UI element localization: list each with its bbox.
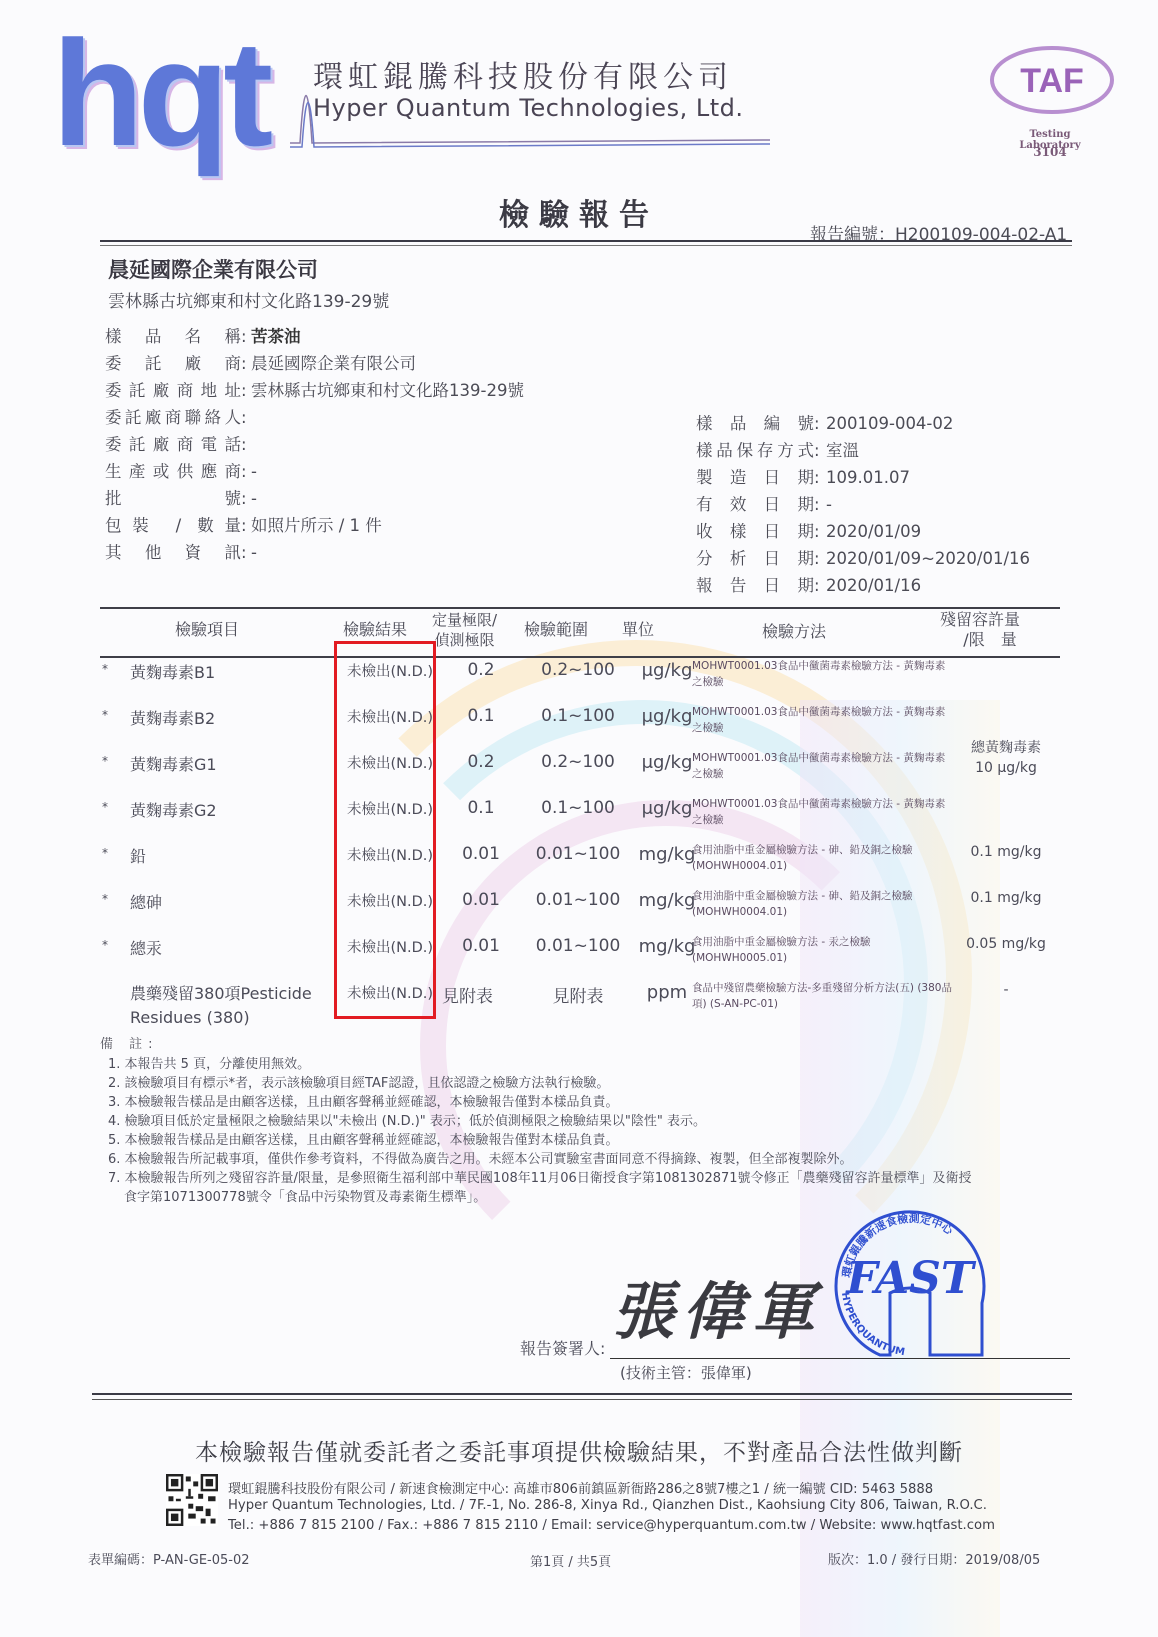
test-range: 0.2~100 [518,660,638,680]
sample-info-row: 樣品名稱:苦茶油 [105,323,301,347]
colon: : [241,327,251,346]
sample-info-label: 批號 [105,485,241,509]
sample-info-value: 苦茶油 [251,327,301,346]
colon: : [814,495,826,514]
test-method: 食用油脂中重金屬檢驗方法 - 砷、鉛及銅之檢驗 (MOHWH0004.01) [692,842,952,874]
sample-info-label: 委託廠商電話 [105,431,241,455]
taf-accredited-mark: * [102,846,108,860]
taf-accredited-mark: * [102,708,108,722]
note-item: 4. 檢驗項目低於定量極限之檢驗結果以"未檢出 (N.D.)" 表示；低於偵測極… [108,1110,706,1129]
test-limit: 0.2 [440,660,522,680]
fast-lab-stamp-icon: 環虹錕騰新速食檢測定中心 FAST HYPERQUANTUM [820,1183,1000,1363]
aflatoxin-total-mrl: 總黃麴毒素 10 μg/kg [952,738,1060,778]
taf-accredited-mark: * [102,800,108,814]
footer-address-en: Hyper Quantum Technologies, Ltd. / 7F.-1… [228,1498,987,1513]
sample-info-label: 報告日期 [696,572,814,596]
sample-info-row: 收樣日期:2020/01/09 [696,518,921,542]
taf-number: 3104 [1000,145,1100,159]
page-number: 第1頁 / 共5頁 [530,1551,611,1570]
test-limit: 0.01 [440,890,522,910]
sample-info-label: 生產或供應商 [105,458,241,482]
th-range: 檢驗範圍 [524,620,588,640]
test-item: 黃麴毒素B1 [130,660,215,683]
sample-info-value: 200109-004-02 [826,414,953,433]
sample-info-label: 樣品編號 [696,410,814,434]
th-mrl: 殘留容許量 /限 量 [940,610,1020,650]
sample-info-value: 雲林縣古坑鄉東和村文化路139-29號 [251,381,524,400]
colon: : [814,468,826,487]
aflatoxin-total-mrl-value: 10 μg/kg [952,758,1060,778]
version-info: 版次：1.0 / 發行日期：2019/08/05 [828,1549,1040,1568]
sample-info-label: 委託廠商 [105,350,241,374]
colon: : [241,462,251,481]
signer-title: (技術主管：張偉軍) [620,1362,752,1383]
sample-info-row: 樣品保存方式:室溫 [696,437,859,461]
sample-info-label: 包裝 / 數量 [105,512,241,536]
sample-info-row: 批號:- [105,485,257,509]
sample-info-label: 收樣日期 [696,518,814,542]
signature-label: 報告簽署人: [520,1336,605,1359]
test-item: 農藥殘留380項Pesticide Residues (380) [130,982,330,1030]
client-address: 雲林縣古坑鄉東和村文化路139-29號 [108,287,389,312]
th-mrl-line1: 殘留容許量 [940,610,1020,630]
taf-accredited-mark: * [102,892,108,906]
sample-info-row: 生產或供應商:- [105,458,257,482]
test-method: MOHWT0001.03食品中黴菌毒素檢驗方法 - 黃麴毒素之檢驗 [692,658,952,690]
sample-info-row: 分析日期:2020/01/09~2020/01/16 [696,545,1030,569]
sample-info-row: 委託廠商地址:雲林縣古坑鄉東和村文化路139-29號 [105,377,524,401]
test-range: 見附表 [518,982,638,1007]
taf-accredited-mark: * [102,662,108,676]
th-limit: 定量極限/ 偵測極限 [432,610,497,650]
th-mrl-line2: /限 量 [940,630,1020,650]
company-name-zh: 環虹錕騰科技股份有限公司 [313,52,733,96]
colon: : [241,543,251,562]
client-name: 晨延國際企業有限公司 [108,254,318,284]
note-item-continuation: 食字第1071300778號令「食品中污染物質及毒素衛生標準」。 [124,1186,486,1205]
test-method: 食品中殘留農藥檢驗方法-多重殘留分析方法(五) (380品項) (S-AN-PC… [692,980,952,1012]
test-range: 0.01~100 [518,936,638,956]
footer-address-zh: 環虹錕騰科技股份有限公司 / 新速食檢測定中心: 高雄市806前鎮區新衙路286… [228,1478,933,1497]
test-range: 0.01~100 [518,844,638,864]
sample-info-label: 製造日期 [696,464,814,488]
sample-info-label: 有效日期 [696,491,814,515]
test-item: 黃麴毒素G2 [130,798,217,821]
sample-info-label: 其他資訊 [105,539,241,563]
taf-accredited-mark: * [102,754,108,768]
th-limit-line2: 偵測極限 [432,630,497,650]
note-item: 6. 本檢驗報告所記載事項，僅供作參考資料，不得做為廣告之用。未經本公司實驗室書… [108,1148,853,1167]
sample-info-value: 2020/01/09 [826,522,921,541]
residue-limit: 0.1 mg/kg [952,890,1060,906]
test-limit: 0.01 [440,936,522,956]
sample-info-value: - [251,489,257,508]
test-range: 0.2~100 [518,752,638,772]
table-top-rule [100,607,1060,609]
colon: : [241,435,251,454]
test-item: 總汞 [130,936,162,959]
sample-info-row: 其他資訊:- [105,539,257,563]
test-item: 黃麴毒素B2 [130,706,215,729]
sample-info-row: 有效日期:- [696,491,832,515]
test-method: 食用油脂中重金屬檢驗方法 - 砷、鉛及銅之檢驗 (MOHWH0004.01) [692,888,952,920]
sample-info-label: 樣品名稱 [105,323,241,347]
footer-contact: Tel.: +886 7 815 2100 / Fax.: +886 7 815… [228,1518,995,1533]
colon: : [814,549,826,568]
colon: : [814,414,826,433]
colon: : [241,408,251,427]
note-item: 1. 本報告共 5 頁，分離使用無效。 [108,1053,310,1072]
sample-info-row: 委託廠商電話: [105,431,251,455]
test-item: 鉛 [130,844,146,867]
colon: : [241,489,251,508]
hqt-logo: hqt [52,28,267,158]
test-limit: 見附表 [442,982,524,1007]
residue-limit: 0.05 mg/kg [952,936,1060,952]
sample-info-label: 委託廠商聯絡人 [105,404,241,428]
th-method: 檢驗方法 [762,622,826,642]
test-limit: 0.01 [440,844,522,864]
taf-logo: TAF [988,44,1116,116]
note-item: 5. 本檢驗報告樣品是由顧客送樣，且由顧客聲稱並經確認，本檢驗報告僅對本樣品負責… [108,1129,619,1148]
sample-info-label: 樣品保存方式 [696,437,814,461]
sample-info-value: 晨延國際企業有限公司 [251,354,416,373]
header-divider [100,240,1072,246]
test-range: 0.01~100 [518,890,638,910]
test-limit: 0.1 [440,706,522,726]
sample-info-value: - [251,462,257,481]
sample-info-row: 製造日期:109.01.07 [696,464,910,488]
colon: : [241,381,251,400]
legal-disclaimer: 本檢驗報告僅就委託者之委託事項提供檢驗結果，不對產品合法性做判斷 [0,1434,1158,1467]
note-item: 3. 本檢驗報告樣品是由顧客送樣，且由顧客聲稱並經確認，本檢驗報告僅對本樣品負責… [108,1091,619,1110]
colon: : [814,441,826,460]
sample-info-row: 樣品編號:200109-004-02 [696,410,953,434]
test-limit: 0.1 [440,798,522,818]
sample-info-label: 委託廠商地址 [105,377,241,401]
sample-info-value: 109.01.07 [826,468,910,487]
form-code: 表單編碼：P-AN-GE-05-02 [88,1549,250,1568]
sample-info-value: - [826,495,832,514]
th-unit: 單位 [622,620,654,640]
th-limit-line1: 定量極限/ [432,610,497,630]
test-range: 0.1~100 [518,706,638,726]
sample-info-value: 如照片所示 / 1 件 [251,516,382,535]
aflatoxin-total-mrl-label: 總黃麴毒素 [952,738,1060,758]
sample-info-value: - [251,543,257,562]
company-name-en: Hyper Quantum Technologies, Ltd. [313,94,743,122]
th-item: 檢驗項目 [175,620,239,640]
note-item: 2. 該檢驗項目有標示*者，表示該檢驗項目經TAF認證，且依認證之檢驗方法執行檢… [108,1072,609,1091]
sample-info-row: 包裝 / 數量:如照片所示 / 1 件 [105,512,382,536]
test-range: 0.1~100 [518,798,638,818]
colon: : [241,354,251,373]
sample-info-value: 室溫 [826,441,859,460]
colon: : [814,576,826,595]
sample-info-row: 報告日期:2020/01/16 [696,572,921,596]
sample-info-label: 分析日期 [696,545,814,569]
test-method: MOHWT0001.03食品中黴菌毒素檢驗方法 - 黃麴毒素之檢驗 [692,796,952,828]
sample-info-value: 2020/01/09~2020/01/16 [826,549,1030,568]
colon: : [814,522,826,541]
signature-handwriting: 張偉軍 [612,1262,822,1351]
result-column-highlight-box [334,641,436,1019]
test-item: 總砷 [130,890,162,913]
test-method: 食用油脂中重金屬檢驗方法 - 汞之檢驗 (MOHWH0005.01) [692,934,952,966]
svg-text:FAST: FAST [844,1253,977,1304]
sample-info-value: 2020/01/16 [826,576,921,595]
test-method: MOHWT0001.03食品中黴菌毒素檢驗方法 - 黃麴毒素之檢驗 [692,704,952,736]
notes-title: 備 註: [100,1033,159,1052]
residue-limit: - [952,982,1060,998]
sample-info-row: 委託廠商聯絡人: [105,404,251,428]
colon: : [241,516,251,535]
svg-text:TAF: TAF [1020,62,1084,100]
sample-info-row: 委託廠商:晨延國際企業有限公司 [105,350,416,374]
taf-accredited-mark: * [102,938,108,952]
test-item: 黃麴毒素G1 [130,752,217,775]
test-method: MOHWT0001.03食品中黴菌毒素檢驗方法 - 黃麴毒素之檢驗 [692,750,952,782]
th-result: 檢驗結果 [343,620,407,640]
footer-divider [92,1393,1072,1400]
qr-code-icon[interactable] [166,1474,218,1526]
test-limit: 0.2 [440,752,522,772]
residue-limit: 0.1 mg/kg [952,844,1060,860]
